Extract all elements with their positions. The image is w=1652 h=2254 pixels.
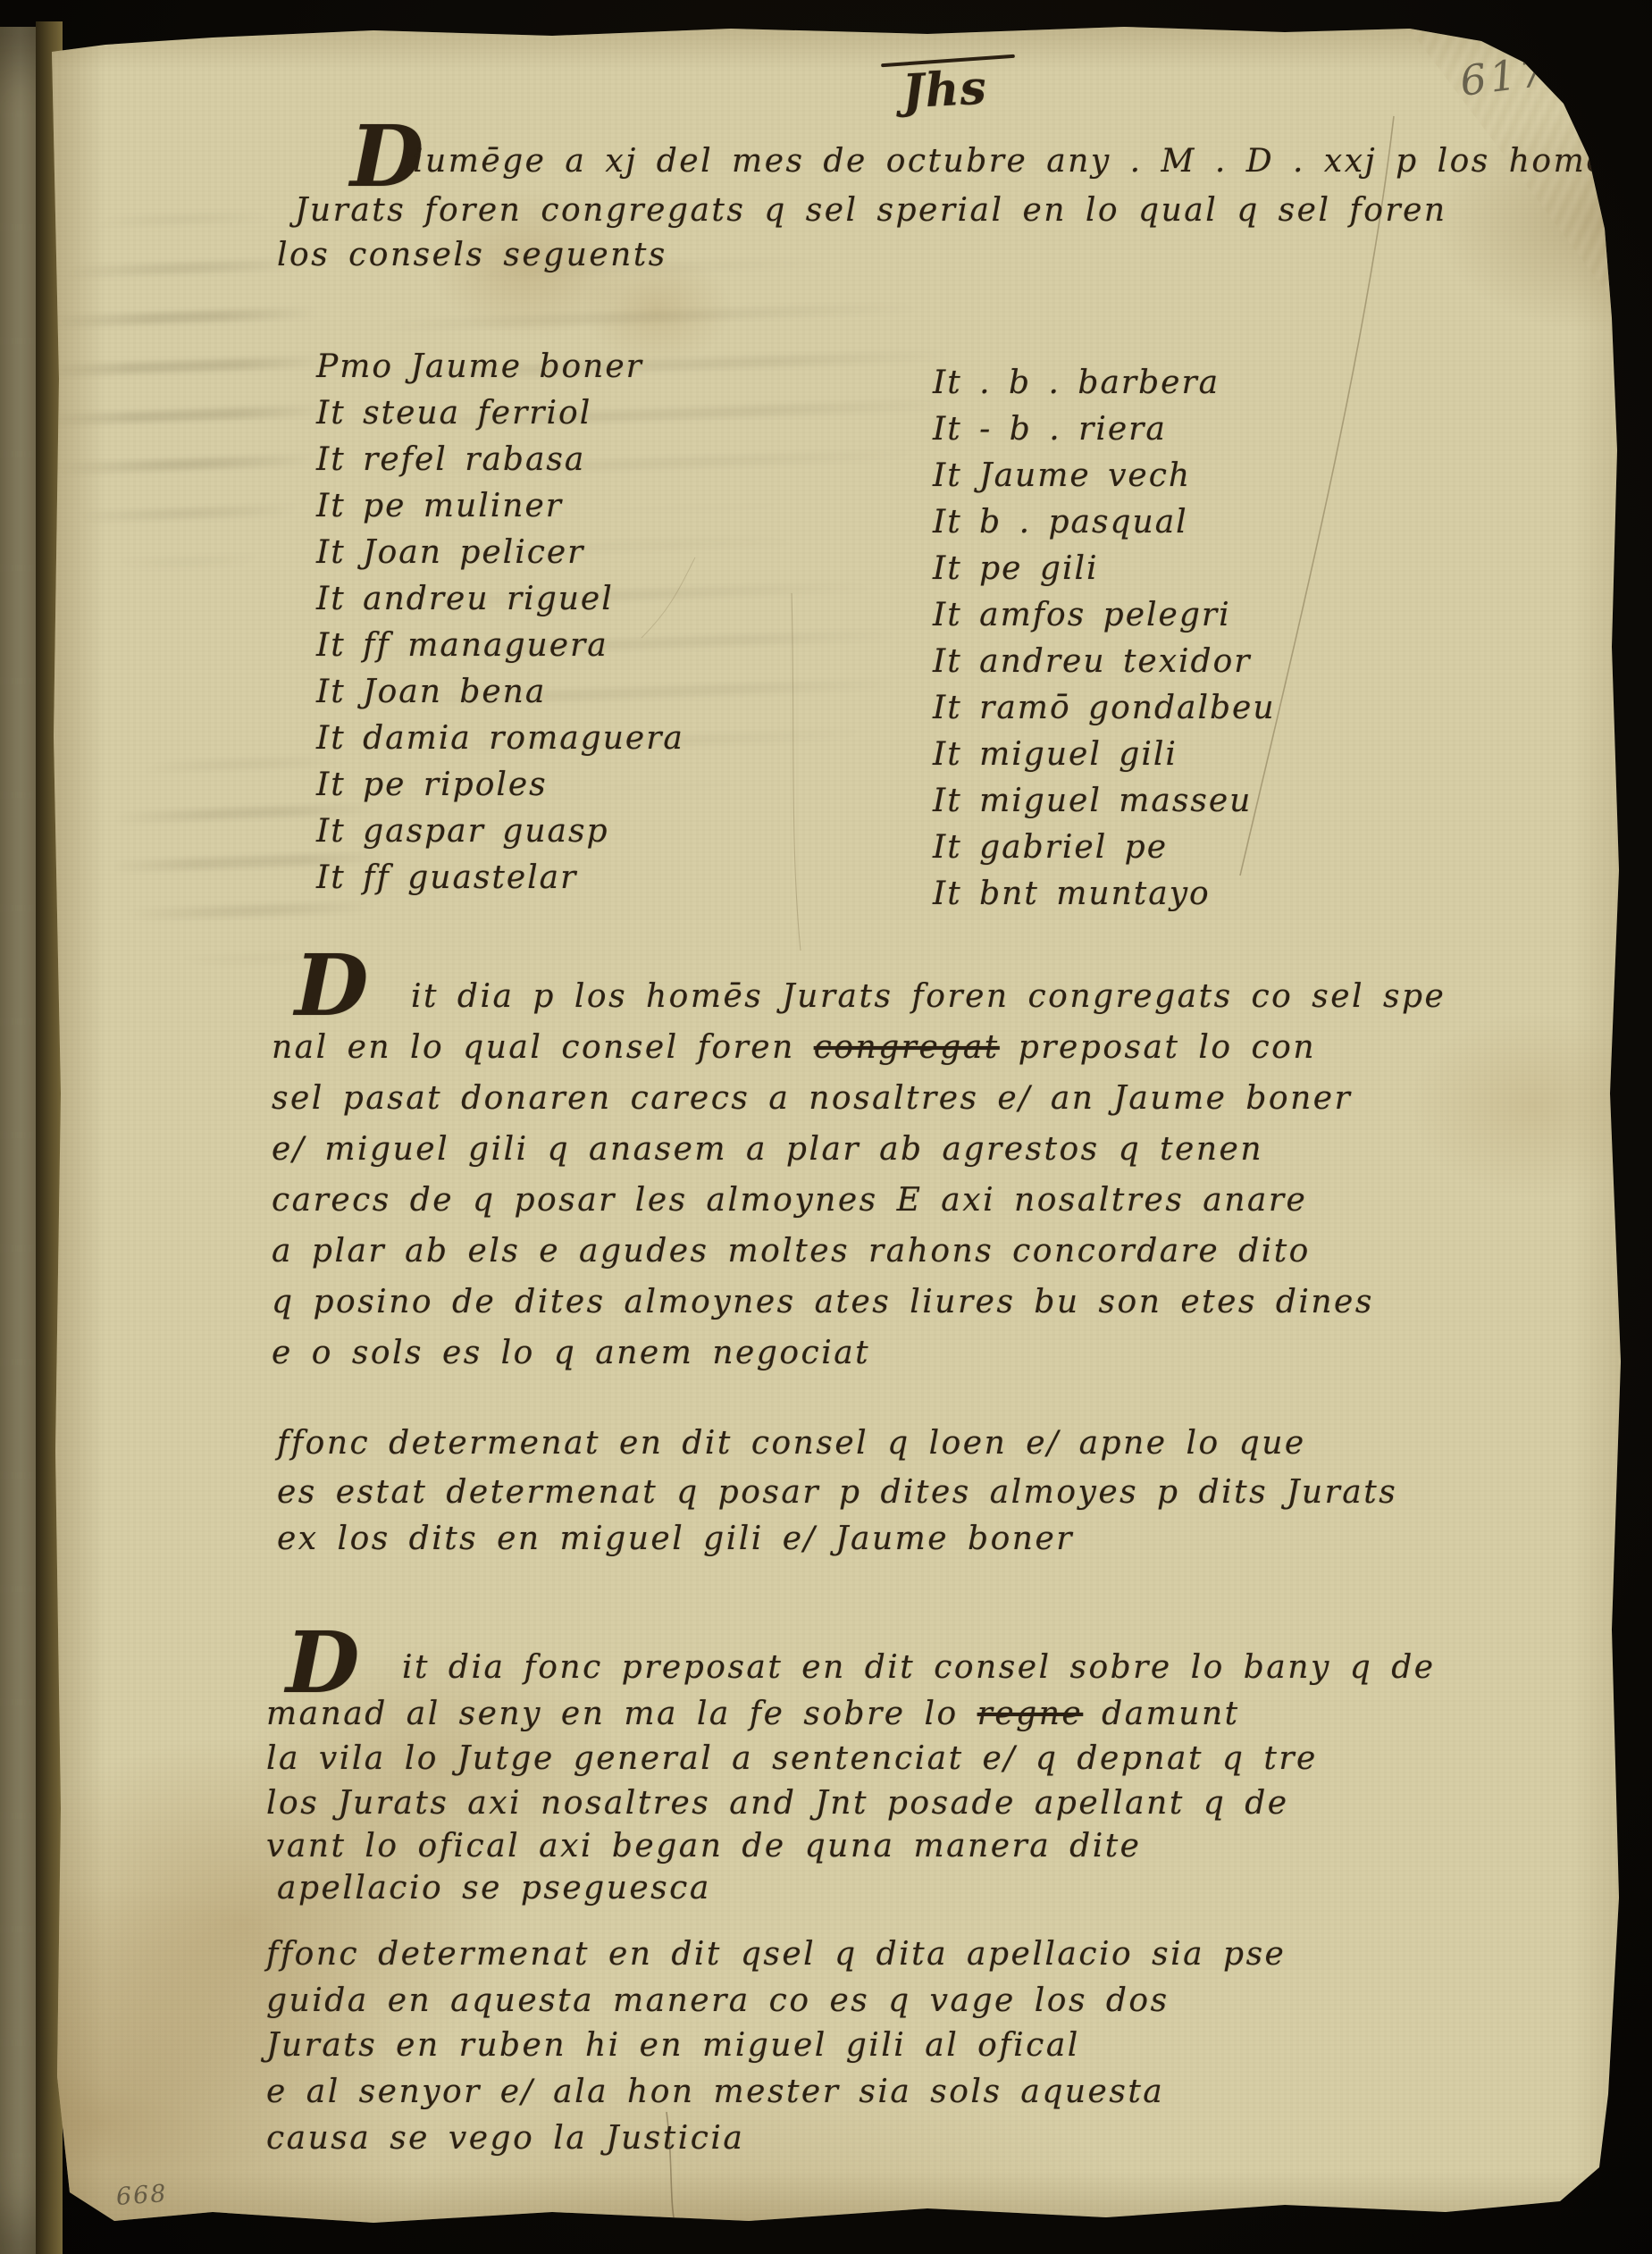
line-segment: nal en lo qual consel foren xyxy=(272,1029,814,1066)
list-item: It pe muliner xyxy=(316,488,563,524)
list-item: It ramō gondalbeu xyxy=(933,690,1276,726)
manuscript-line: apellacio se pseguesca xyxy=(277,1870,711,1906)
manuscript-line: q posino de dites almoynes ates liures b… xyxy=(272,1284,1374,1320)
manuscript-line: los Jurats axi nosaltres and Jnt posade … xyxy=(266,1785,1289,1822)
line-segment: manad al seny en ma la fe sobre lo xyxy=(266,1696,977,1732)
list-item: It refel rabasa xyxy=(316,441,585,478)
list-item: It miguel gili xyxy=(933,736,1178,773)
list-item: It Joan pelicer xyxy=(316,534,584,571)
manuscript-line: e o sols es lo q anem negociat xyxy=(272,1335,870,1371)
manuscript-line: manad al seny en ma la fe sobre lo regne… xyxy=(266,1696,1240,1732)
manuscript-line: it dia p los homēs Jurats foren congrega… xyxy=(411,978,1446,1015)
manuscript-line: sel pasat donaren carecs a nosaltres e/ … xyxy=(272,1080,1352,1117)
manuscript-line: la vila lo Jutge general a sentenciat e/… xyxy=(266,1740,1318,1777)
manuscript-line: it dia fonc preposat en dit consel sobre… xyxy=(402,1649,1436,1686)
manuscript-line: iumēge a xj del mes de octubre any . M .… xyxy=(413,143,1626,180)
manuscript-line: ffonc determenat en dit consel q loen e/… xyxy=(277,1425,1306,1462)
line-segment: preposat lo con xyxy=(1000,1029,1316,1066)
manuscript-line: es estat determenat q posar p dites almo… xyxy=(277,1474,1397,1511)
manuscript-line: los consels seguents xyxy=(277,237,667,273)
list-item: It b . pasqual xyxy=(933,504,1188,540)
struck-word: congregat xyxy=(814,1029,1000,1066)
list-item: It - b . riera xyxy=(933,411,1167,448)
manuscript-line: guida en aquesta manera co es q vage los… xyxy=(266,1982,1170,2019)
manuscript-line: ex los dits en miguel gili e/ Jaume bone… xyxy=(277,1521,1074,1557)
manuscript-line: nal en lo qual consel foren congregat pr… xyxy=(272,1029,1316,1066)
line-segment: damunt xyxy=(1083,1696,1239,1732)
manuscript-line: Jurats foren congregats q sel sperial en… xyxy=(295,192,1447,229)
list-item: It pe gili xyxy=(933,550,1099,587)
list-item: It gaspar guasp xyxy=(316,813,609,850)
list-item: It gabriel pe xyxy=(933,829,1168,866)
manuscript-line: causa se vego la Justicia xyxy=(266,2120,744,2157)
list-item: It damia romaguera xyxy=(316,720,684,757)
ihs-monogram: Jhs xyxy=(901,61,988,120)
manuscript-line: ffonc determenat en dit qsel q dita apel… xyxy=(266,1936,1286,1973)
list-item: It pe ripoles xyxy=(316,767,548,803)
list-item: It . b . barbera xyxy=(933,364,1220,401)
archive-number: 668 xyxy=(115,2180,169,2211)
list-item: It Jaume vech xyxy=(933,457,1191,494)
list-item: It ff managuera xyxy=(316,627,608,664)
list-item: It amfos pelegri xyxy=(933,597,1231,633)
list-item: It andreu riguel xyxy=(316,581,614,617)
manuscript-line: a plar ab els e agudes moltes rahons con… xyxy=(272,1233,1311,1269)
manuscript-line: e/ miguel gili q anasem a plar ab agrest… xyxy=(272,1131,1263,1168)
list-item: It steua ferriol xyxy=(316,395,591,432)
list-item: It andreu texidor xyxy=(933,643,1251,680)
list-item: It ff guastelar xyxy=(316,859,577,896)
paragraph-initial: D xyxy=(286,1621,359,1705)
underlying-page-edge xyxy=(0,27,38,2254)
list-item: Pmo Jaume boner xyxy=(316,348,643,385)
manuscript-page: Jhs 617 D iumēge a xj del mes de octubre… xyxy=(52,21,1645,2233)
manuscript-line: e al senyor e/ ala hon mester sia sols a… xyxy=(266,2074,1164,2110)
manuscript-line: vant lo ofical axi began de quna manera … xyxy=(266,1828,1141,1864)
struck-word: regne xyxy=(977,1696,1084,1732)
photograph-background: { "page": { "folio_number": "617", "arch… xyxy=(0,0,1652,2254)
paragraph-initial: D xyxy=(295,943,368,1028)
list-item: It bnt muntayo xyxy=(933,876,1211,912)
manuscript-line: Jurats en ruben hi en miguel gili al ofi… xyxy=(266,2027,1080,2064)
list-item: It miguel masseu xyxy=(933,783,1252,819)
list-item: It Joan bena xyxy=(316,674,546,710)
manuscript-line: carecs de q posar les almoynes E axi nos… xyxy=(272,1182,1307,1219)
